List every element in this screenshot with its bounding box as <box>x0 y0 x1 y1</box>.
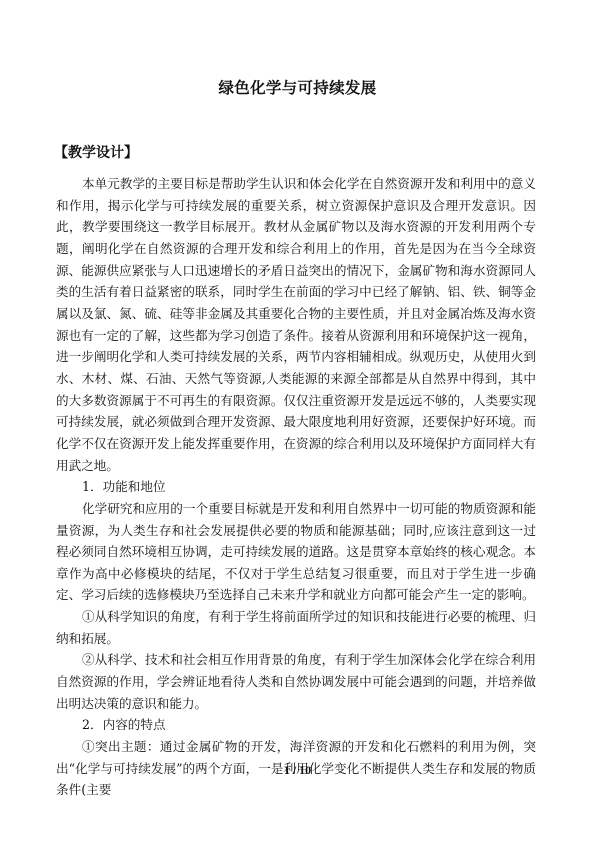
paragraph-function: 化学研究和应用的一个重要目标就是开发和利用自然界中一切可能的物质资源和能量资源，… <box>56 498 536 606</box>
document-page: 绿色化学与可持续发展 【教学设计】 本单元教学的主要目标是帮助学生认识和体会化学… <box>0 0 595 841</box>
page-number: 1 / 10 <box>0 763 595 778</box>
subheading-content-features: 2．内容的特点 <box>56 714 536 736</box>
paragraph-intro: 本单元教学的主要目标是帮助学生认识和体会化学在自然资源开发和利用中的意义和作用，… <box>56 173 536 476</box>
section-heading: 【教学设计】 <box>54 142 138 162</box>
subheading-function-and-status: 1．功能和地位 <box>56 476 536 498</box>
document-body: 本单元教学的主要目标是帮助学生认识和体会化学在自然资源开发和利用中的意义和作用，… <box>56 173 536 801</box>
paragraph-point-1: ①从科学知识的角度，有利于学生将前面所学过的知识和技能进行必要的梳理、归纳和拓展… <box>56 606 536 649</box>
paragraph-point-2: ②从科学、技术和社会相互作用背景的角度，有利于学生加深体会化学在综合利用自然资源… <box>56 649 536 714</box>
document-title: 绿色化学与可持续发展 <box>0 76 595 98</box>
